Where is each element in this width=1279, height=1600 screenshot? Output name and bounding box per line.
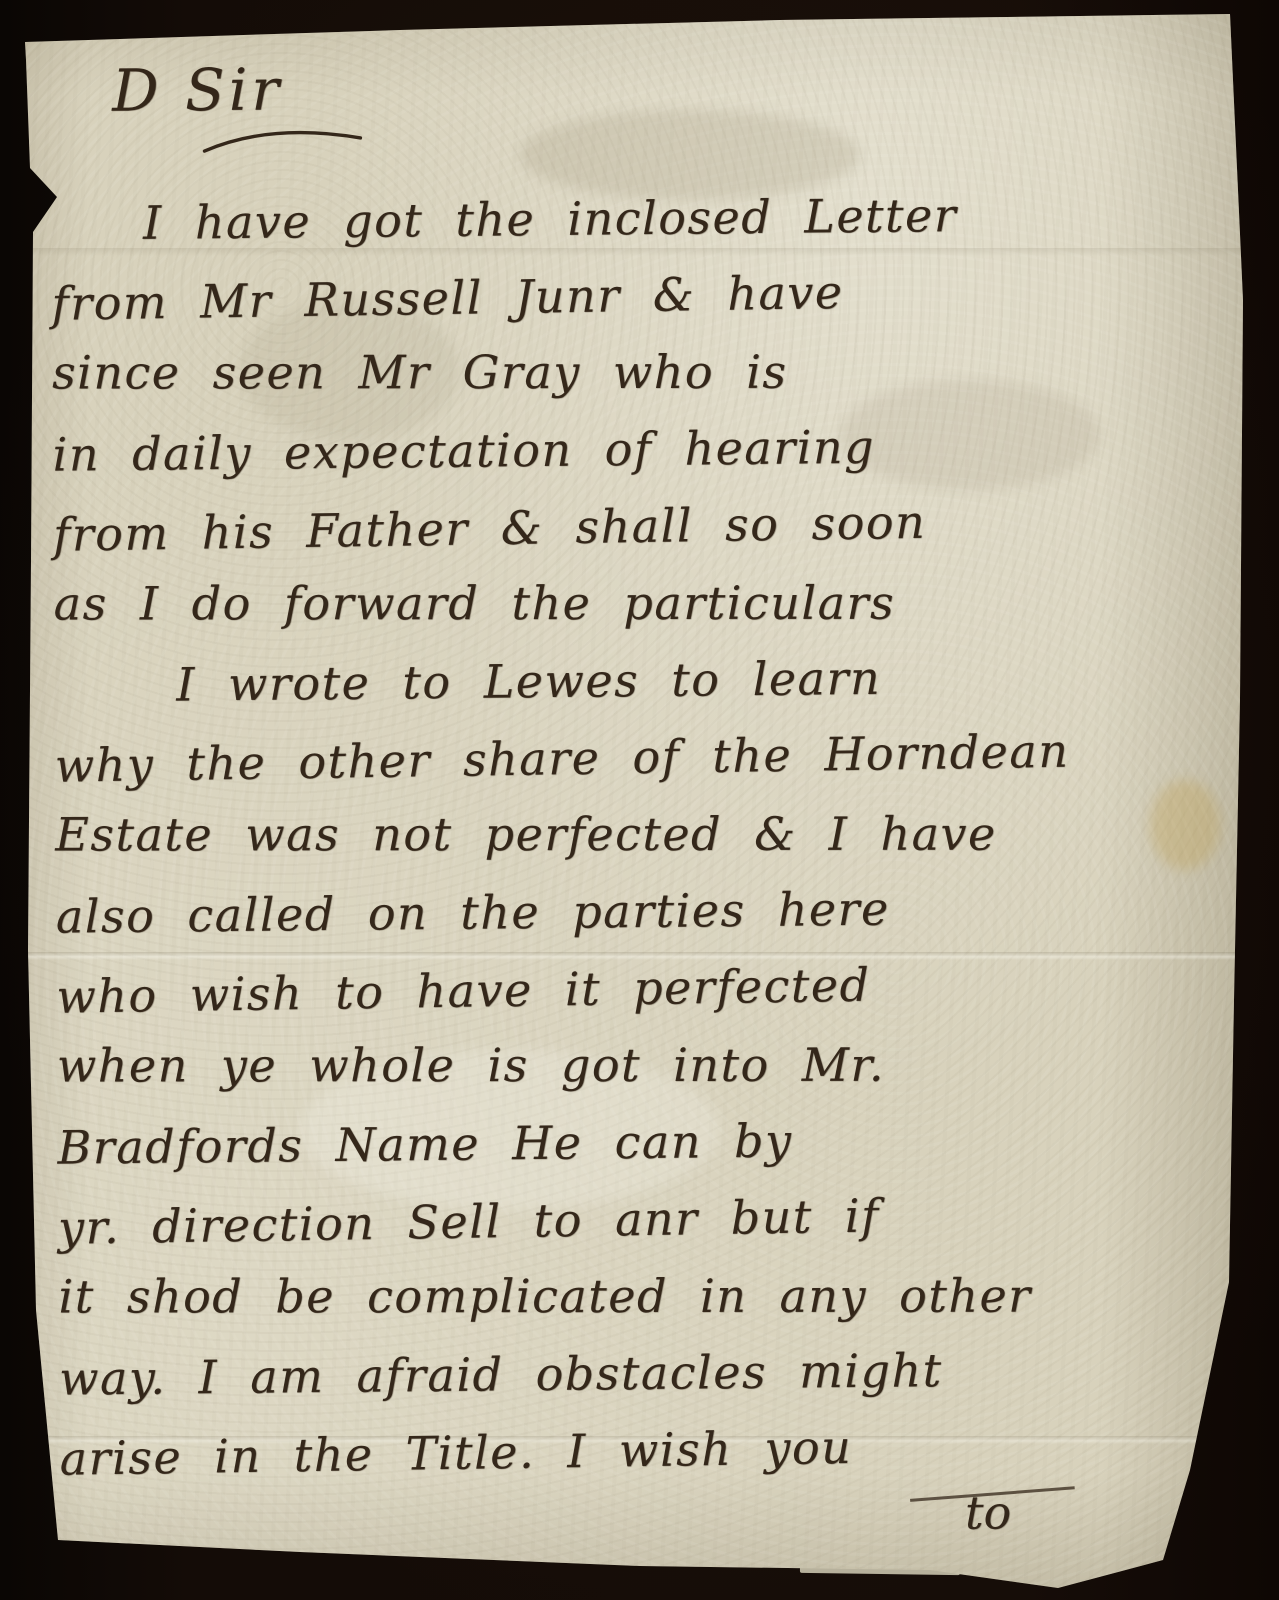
letter-line-17: arise in the Title. I wish you: [59, 1403, 1239, 1497]
salutation: D Sir: [112, 38, 1230, 136]
letter-line-12: when ye whole is got into Mr.: [57, 1026, 1236, 1104]
salutation-text: D Sir: [112, 56, 283, 125]
letter-line-15: it shod be complicated in any other: [58, 1257, 1237, 1335]
letter-line-8: why the other share of the Horndean: [54, 710, 1234, 804]
letter-line-16: way. I am afraid obstacles might: [59, 1329, 1239, 1417]
letter-line-13: Bradfords Name He can by: [57, 1098, 1237, 1186]
letter-line-14: yr. direction Sell to anr but if: [57, 1172, 1237, 1266]
letter-line-1: I have got the inclosed Letter: [143, 174, 1231, 261]
letter-line-11: who wish to have it perfected: [56, 941, 1236, 1035]
flourish-underline-icon: [200, 128, 370, 155]
photo-background: D Sir I have got the inclosed Letter fro…: [0, 0, 1279, 1600]
letter-line-5: from his Father & shall so soon: [53, 479, 1233, 573]
letter-line-7: I wrote to Lewes to learn: [176, 637, 1234, 724]
letter-line-3: since seen Mr Gray who is: [52, 333, 1231, 411]
catchword: to: [965, 1480, 1035, 1544]
letter-page: D Sir I have got the inclosed Letter fro…: [0, 0, 1279, 1600]
letter-line-4: in daily expectation of hearing: [52, 405, 1232, 493]
letter-line-10: also called on the parties here: [55, 867, 1235, 955]
letter-body: D Sir I have got the inclosed Letter fro…: [50, 38, 1239, 1551]
letter-line-9: Estate was not perfected & I have: [55, 795, 1234, 873]
letter-line-6: as I do forward the particulars: [54, 564, 1233, 642]
letter-line-2: from Mr Russell Junr & have: [51, 248, 1231, 342]
